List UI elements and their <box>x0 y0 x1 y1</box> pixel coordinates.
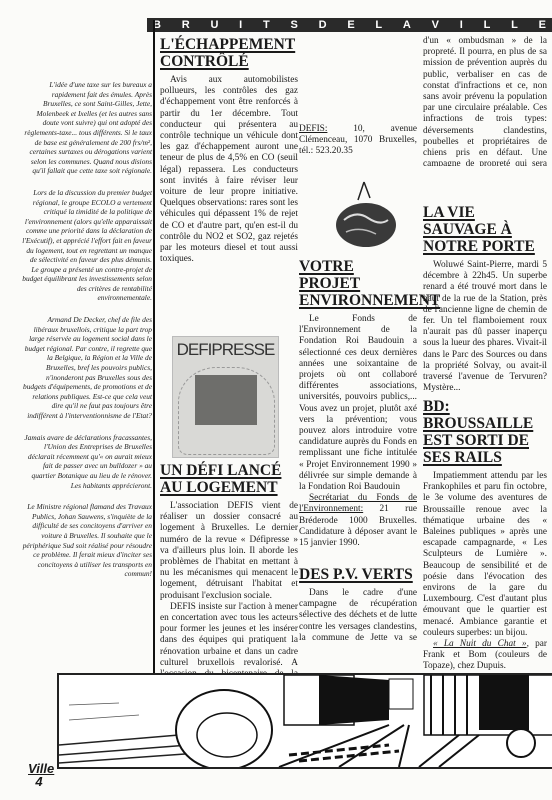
brief-paragraph: Jamais avare de déclarations fracassante… <box>22 433 152 491</box>
article-body: Le Fonds de l'Environnement de la Fondat… <box>299 314 417 493</box>
page-number: 4 <box>28 775 50 788</box>
article-headline: DES P.V. VERTS <box>299 566 417 583</box>
pv-article: DES P.V. VERTS Dans le cadre d'une campa… <box>299 566 417 644</box>
earth-illustration <box>326 180 406 250</box>
header-letter: L <box>375 19 382 31</box>
header-letter: A <box>403 19 411 31</box>
projet-contact: Secrétariat du Fonds de l'Environnement:… <box>299 493 417 549</box>
brief-paragraph: Lors de la discussion du premier budget … <box>22 188 152 303</box>
article-headline: BD: BROUSSAILLE EST SORTI DE SES RAILS <box>423 398 547 466</box>
header-letter: T <box>263 19 270 31</box>
article-body-continued: Dans le cadre d'une campagne de récupéra… <box>423 36 547 166</box>
defipresse-cover-image: DEFIPRESSE <box>172 336 279 458</box>
header-letter: U <box>210 19 218 31</box>
defis-contact: DEFIS: 10, avenue Clémenceau, 1070 Bruxe… <box>299 124 417 158</box>
comic-strip-panel <box>57 673 552 769</box>
brief-paragraph: Le Ministre régional flamand des Travaux… <box>22 502 152 579</box>
article-body: Dans le cadre d'une campagne de récupéra… <box>299 588 417 644</box>
header-letter: E <box>347 19 354 31</box>
article-headline: UN DÉFI LANCÉ AU LOGEMENT <box>160 462 298 496</box>
header-letter: I <box>239 19 242 31</box>
column-divider <box>153 20 155 687</box>
header-letter: L <box>511 19 518 31</box>
column-2: DEFIS: 10, avenue Clémenceau, 1070 Bruxe… <box>299 36 417 158</box>
article-body: Avis aux automobilistes pollueurs, les c… <box>160 75 298 265</box>
sidebar-briefs: L'idée d'une taxe sur les bureaux a rapi… <box>22 80 152 591</box>
cover-photo <box>195 375 257 425</box>
bd-article: BD: BROUSSAILLE EST SORTI DE SES RAILS I… <box>423 398 547 673</box>
section-header: B R U I T S D E L A V I L L E <box>147 18 552 32</box>
sauvage-article: LA VIE SAUVAGE À NOTRE PORTE Woluwé Sain… <box>423 204 547 394</box>
pv-continuation: Dans le cadre d'une campagne de récupéra… <box>423 36 547 166</box>
column-1: L'ÉCHAPPEMENT CONTRÔLÉ Avis aux automobi… <box>160 36 298 265</box>
article-headline: VOTRE PROJET ENVIRONNEMENT <box>299 258 417 309</box>
projet-article: VOTRE PROJET ENVIRONNEMENT Le Fonds de l… <box>299 258 417 549</box>
header-letter: L <box>484 19 491 31</box>
magazine-folio: Ville 4 <box>28 762 50 788</box>
article-body: L'association DEFIS vient de réaliser un… <box>160 501 298 602</box>
contact-label: DEFIS: <box>299 124 327 134</box>
defipresse-logo: DEFIPRESSE <box>173 340 278 360</box>
header-letter: I <box>460 19 463 31</box>
article-headline: LA VIE SAUVAGE À NOTRE PORTE <box>423 204 547 255</box>
header-letter: S <box>290 19 297 31</box>
article-body: Woluwé Saint-Pierre, mardi 5 décembre à … <box>423 260 547 394</box>
brief-paragraph: Armand De Decker, chef de file des libér… <box>22 315 152 421</box>
header-letter: V <box>432 19 439 31</box>
header-letter: D <box>319 19 327 31</box>
bd-title: « La Nuit du Chat » <box>433 639 527 649</box>
brief-paragraph: L'idée d'une taxe sur les bureaux a rapi… <box>22 80 152 176</box>
header-letter: R <box>182 19 190 31</box>
article-headline: L'ÉCHAPPEMENT CONTRÔLÉ <box>160 36 298 70</box>
article-body: Impatiemment attendu par les Frankophile… <box>423 471 547 639</box>
railway-illustration <box>59 675 552 767</box>
bd-credit: « La Nuit du Chat », par Frank et Bom (c… <box>423 639 547 673</box>
header-letter: E <box>539 19 546 31</box>
